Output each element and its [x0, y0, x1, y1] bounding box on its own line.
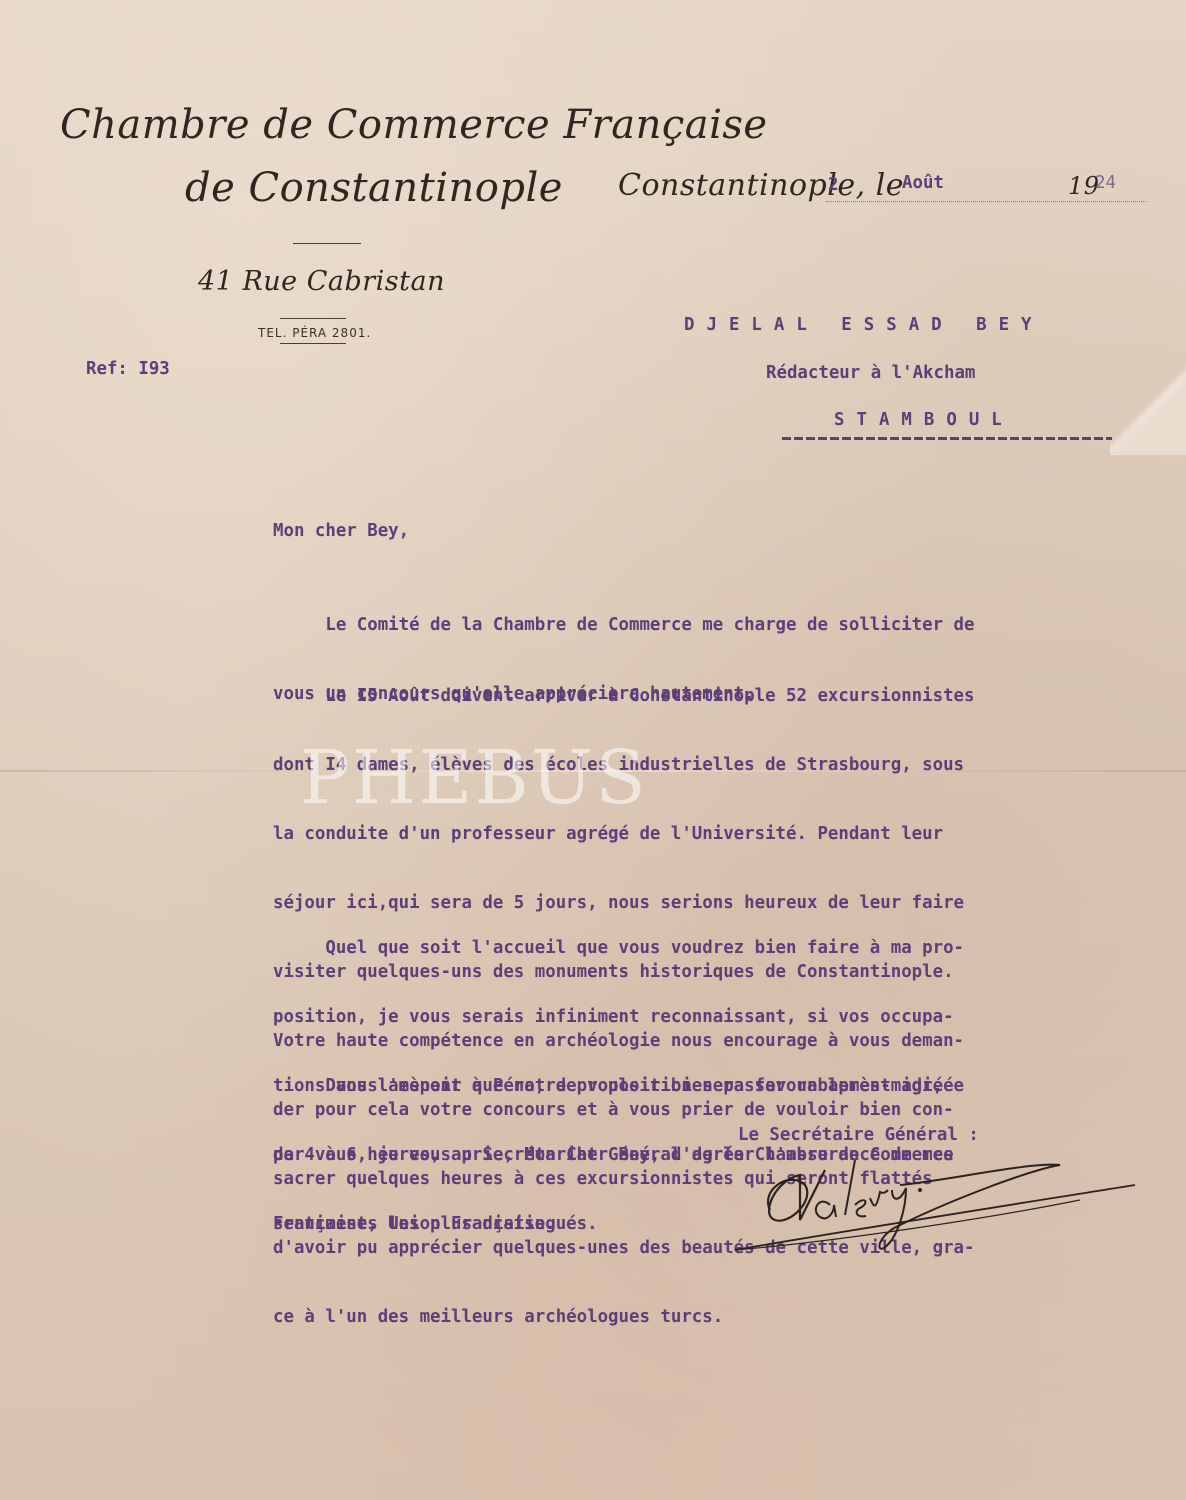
letterhead-divider: [293, 243, 361, 244]
body-line: ce à l'un des meilleurs archéologues tur…: [273, 1306, 975, 1329]
body-line: Quel que soit l'accueil que vous voudrez…: [273, 937, 964, 960]
salutation: Mon cher Bey,: [273, 520, 409, 543]
body-line: Dans l'espoir que notre proposition sera…: [273, 1075, 964, 1098]
body-line: position, je vous serais infiniment reco…: [273, 1006, 964, 1029]
signatory-title: Le Secrétaire Général :: [738, 1124, 979, 1147]
letterhead-address: 41 Rue Cabristan: [198, 266, 445, 297]
recipient-name: DJELAL ESSAD BEY: [684, 314, 1044, 337]
letterhead-divider-3: [280, 343, 346, 344]
dateline-year: 24: [1095, 172, 1116, 195]
dateline-day: 2: [828, 174, 838, 197]
watermark: PHEBUS: [300, 735, 648, 821]
letterhead-divider-2: [280, 318, 346, 319]
dateline-place: Constantinople, le: [618, 168, 904, 203]
dateline-month: Août: [902, 172, 944, 195]
body-line: Le Comité de la Chambre de Commerce me c…: [273, 614, 975, 637]
recipient-city: STAMBOUL: [834, 409, 1014, 432]
handwritten-signature: [730, 1150, 1170, 1260]
recipient-underline: [782, 437, 1112, 440]
recipient-title: Rédacteur à l'Akcham: [766, 362, 975, 385]
letterhead-telephone: TEL. PÉRA 2801.: [258, 326, 371, 340]
letterhead-line1: Chambre de Commerce Française: [60, 102, 768, 148]
letterhead-line2: de Constantinople: [185, 165, 563, 211]
body-line: Le I5 Août doivent arriver à Constantino…: [273, 685, 975, 708]
dateline-dotted-rule: [826, 201, 1146, 202]
reference-number: Ref: I93: [86, 358, 170, 381]
body-line: la conduite d'un professeur agrégé de l'…: [273, 823, 975, 846]
paper-tear: [1110, 365, 1186, 455]
